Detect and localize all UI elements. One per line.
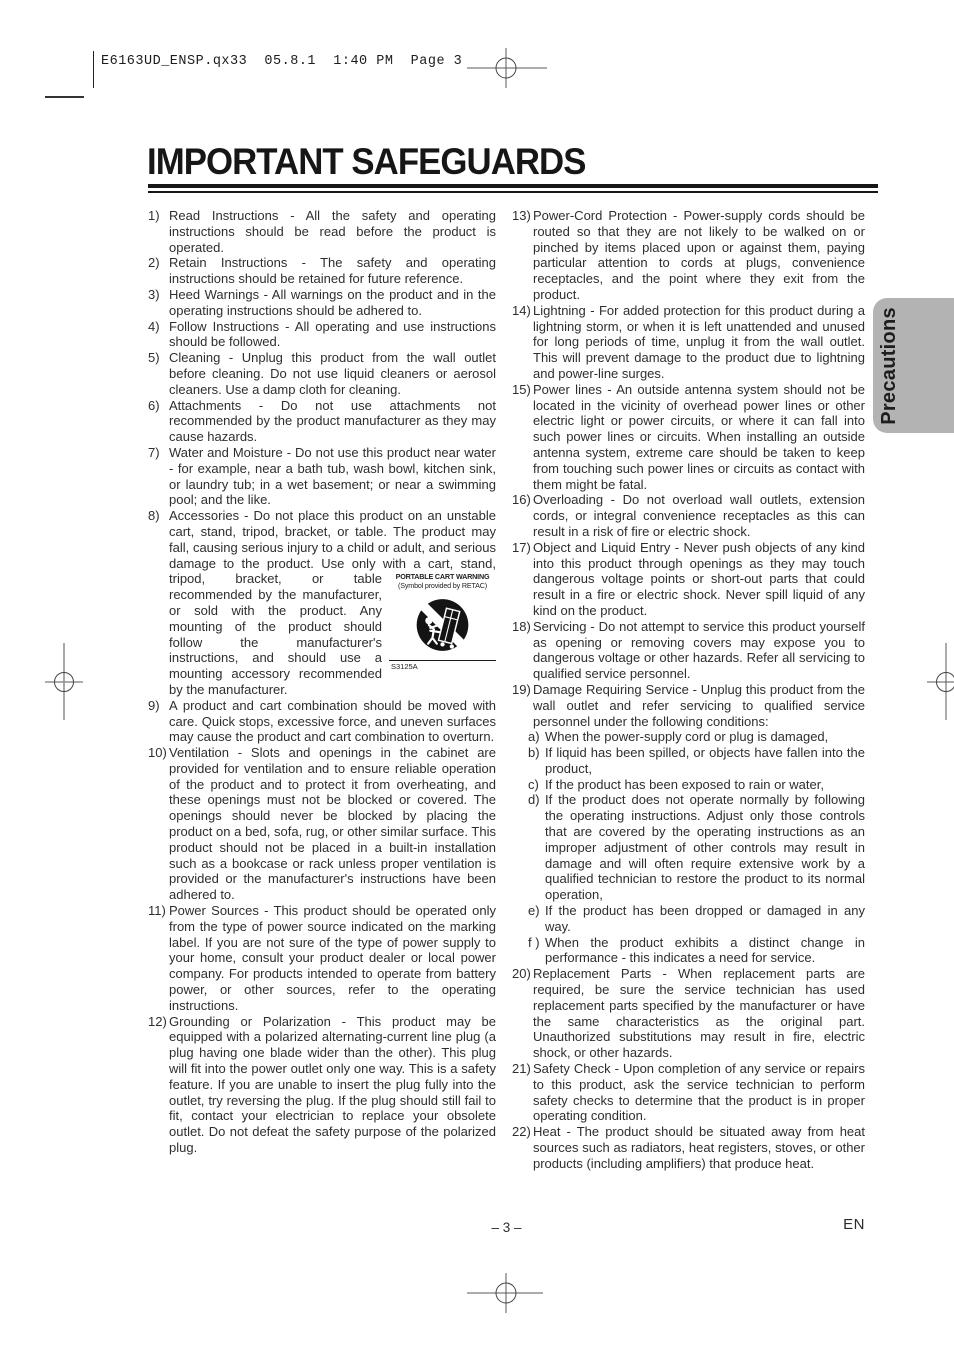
item-number: 19) <box>512 682 533 698</box>
item-text: Lightning - For added protection for thi… <box>533 303 865 382</box>
item-number: 10) <box>148 745 169 761</box>
sub-item-text: When the product exhibits a distinct cha… <box>545 935 865 966</box>
item-text: Read Instructions - All the safety and o… <box>169 208 496 255</box>
item-text-part: Overloading - Do not overload wall outle… <box>533 492 865 539</box>
item-number: 16) <box>512 492 533 508</box>
item-text-part: Accessories - Do not place this product … <box>169 508 496 570</box>
safeguard-item: 6)Attachments - Do not use attachments n… <box>148 398 496 445</box>
safeguard-item: 19)Damage Requiring Service - Unplug thi… <box>512 682 865 966</box>
item-text: Power lines - An outside antenna system … <box>533 382 865 493</box>
item-text-part: Water and Moisture - Do not use this pro… <box>169 445 496 507</box>
sub-item: d)If the product does not operate normal… <box>528 792 865 903</box>
sub-item-text: When the power-supply cord or plug is da… <box>545 729 828 744</box>
left-column: 1)Read Instructions - All the safety and… <box>148 208 496 1172</box>
item-text: Grounding or Polarization - This product… <box>169 1014 496 1156</box>
safeguard-item: 3)Heed Warnings - All warnings on the pr… <box>148 287 496 319</box>
item-text-part: Heat - The product should be situated aw… <box>533 1124 865 1171</box>
item-text: Heat - The product should be situated aw… <box>533 1124 865 1171</box>
registration-mark-right-icon <box>907 640 954 724</box>
item-text-part: Cleaning - Unplug this product from the … <box>169 350 496 397</box>
sub-item-label: a) <box>528 729 545 745</box>
item-text-part: Power lines - An outside antenna system … <box>533 382 865 492</box>
title-underline <box>148 184 878 193</box>
item-number: 12) <box>148 1014 169 1030</box>
item-number: 3) <box>148 287 169 303</box>
sub-item-label: b) <box>528 745 545 761</box>
item-number: 22) <box>512 1124 533 1140</box>
item-text: Replacement Parts - When replacement par… <box>533 966 865 1061</box>
sub-item-list: a)When the power-supply cord or plug is … <box>528 729 865 966</box>
item-number: 13) <box>512 208 533 224</box>
sub-item: a)When the power-supply cord or plug is … <box>528 729 865 745</box>
item-text-part: A product and cart combination should be… <box>169 698 496 745</box>
item-text-part: Replacement Parts - When replacement par… <box>533 966 865 1060</box>
item-text-part: Power-Cord Protection - Power-supply cor… <box>533 208 865 302</box>
right-column: 13)Power-Cord Protection - Power-supply … <box>512 208 865 1172</box>
item-text-part: Object and Liquid Entry - Never push obj… <box>533 540 865 618</box>
item-text-part: Lightning - For added protection for thi… <box>533 303 865 381</box>
language-code: EN <box>840 1216 865 1233</box>
item-text-part: Damage Requiring Service - Unplug this p… <box>533 682 865 729</box>
item-text-part: Follow Instructions - All operating and … <box>169 319 496 350</box>
sub-item-text: If the product has been exposed to rain … <box>545 777 824 792</box>
item-text-part: Safety Check - Upon completion of any se… <box>533 1061 865 1123</box>
item-text-part: Attachments - Do not use attachments not… <box>169 398 496 445</box>
item-text: Retain Instructions - The safety and ope… <box>169 255 496 287</box>
print-header-divider <box>93 51 94 88</box>
sub-item-label: f ) <box>528 935 545 951</box>
item-number: 18) <box>512 619 533 635</box>
registration-mark-top-icon <box>446 46 566 90</box>
safeguard-item: 4)Follow Instructions - All operating an… <box>148 319 496 351</box>
cart-figure-rule <box>389 660 496 661</box>
portable-cart-warning-figure: PORTABLE CART WARNING(Symbol provided by… <box>389 572 496 671</box>
item-number: 5) <box>148 350 169 366</box>
sub-item-label: d) <box>528 792 545 808</box>
item-number: 15) <box>512 382 533 398</box>
registration-mark-left-icon <box>24 640 104 724</box>
sub-item-label: e) <box>528 903 545 919</box>
no-cart-icon <box>406 592 479 658</box>
item-number: 6) <box>148 398 169 414</box>
safeguard-item: 12)Grounding or Polarization - This prod… <box>148 1014 496 1156</box>
safeguard-item: 18)Servicing - Do not attempt to service… <box>512 619 865 682</box>
safeguard-item: 21)Safety Check - Upon completion of any… <box>512 1061 865 1124</box>
print-header: E6163UD_ENSP.qx33 05.8.1 1:40 PM Page 3 <box>101 54 462 69</box>
registration-mark-bottom-icon <box>446 1271 566 1315</box>
sub-item-label: c) <box>528 777 545 793</box>
page-number: – 3 – <box>148 1220 865 1235</box>
item-text: Cleaning - Unplug this product from the … <box>169 350 496 397</box>
item-number: 1) <box>148 208 169 224</box>
item-text: Servicing - Do not attempt to service th… <box>533 619 865 682</box>
item-number: 9) <box>148 698 169 714</box>
item-text: Follow Instructions - All operating and … <box>169 319 496 351</box>
cart-warning-subtitle: (Symbol provided by RETAC) <box>391 581 494 590</box>
item-text: Ventilation - Slots and openings in the … <box>169 745 496 903</box>
item-number: 2) <box>148 255 169 271</box>
safeguard-item: 13)Power-Cord Protection - Power-supply … <box>512 208 865 303</box>
safeguard-item: 8)Accessories - Do not place this produc… <box>148 508 496 698</box>
item-text: Safety Check - Upon completion of any se… <box>533 1061 865 1124</box>
safeguard-item: 17)Object and Liquid Entry - Never push … <box>512 540 865 619</box>
sub-item: b)If liquid has been spilled, or objects… <box>528 745 865 777</box>
safeguard-item: 15)Power lines - An outside antenna syst… <box>512 382 865 493</box>
item-number: 11) <box>148 903 169 919</box>
safeguard-item: 14)Lightning - For added protection for … <box>512 303 865 382</box>
safeguard-item: 10)Ventilation - Slots and openings in t… <box>148 745 496 903</box>
precautions-tab-label: Precautions <box>878 307 901 425</box>
item-text-part: Grounding or Polarization - This product… <box>169 1014 496 1155</box>
safeguard-item: 2)Retain Instructions - The safety and o… <box>148 255 496 287</box>
safeguard-item: 11)Power Sources - This product should b… <box>148 903 496 1014</box>
sub-item-text: If the product has been dropped or damag… <box>545 903 865 934</box>
safeguard-item: 20)Replacement Parts - When replacement … <box>512 966 865 1061</box>
item-text: Attachments - Do not use attachments not… <box>169 398 496 445</box>
safeguard-item: 7)Water and Moisture - Do not use this p… <box>148 445 496 508</box>
safeguard-item: 9)A product and cart combination should … <box>148 698 496 745</box>
safeguard-item: 1)Read Instructions - All the safety and… <box>148 208 496 255</box>
item-text-part: Heed Warnings - All warnings on the prod… <box>169 287 496 318</box>
safeguard-item: 5)Cleaning - Unplug this product from th… <box>148 350 496 397</box>
safeguards-list: 1)Read Instructions - All the safety and… <box>148 208 865 1172</box>
item-number: 7) <box>148 445 169 461</box>
sub-item: e)If the product has been dropped or dam… <box>528 903 865 935</box>
item-number: 21) <box>512 1061 533 1077</box>
safeguard-item: 22)Heat - The product should be situated… <box>512 1124 865 1171</box>
cart-warning-title: PORTABLE CART WARNING <box>391 572 494 581</box>
item-text: A product and cart combination should be… <box>169 698 496 745</box>
item-text-part: Retain Instructions - The safety and ope… <box>169 255 496 286</box>
item-text: Heed Warnings - All warnings on the prod… <box>169 287 496 319</box>
item-text: Object and Liquid Entry - Never push obj… <box>533 540 865 619</box>
sub-item-text: If liquid has been spilled, or objects h… <box>545 745 865 776</box>
item-text: Overloading - Do not overload wall outle… <box>533 492 865 539</box>
item-text: Power-Cord Protection - Power-supply cor… <box>533 208 865 303</box>
manual-page: E6163UD_ENSP.qx33 05.8.1 1:40 PM Page 3 … <box>0 0 954 1351</box>
sub-item: f )When the product exhibits a distinct … <box>528 935 865 967</box>
precautions-section-tab: Precautions <box>873 298 954 433</box>
cart-warning-code: S3125A <box>389 662 496 671</box>
page-title: IMPORTANT SAFEGUARDS <box>147 141 843 183</box>
item-text: Power Sources - This product should be o… <box>169 903 496 1014</box>
item-text: Water and Moisture - Do not use this pro… <box>169 445 496 508</box>
sub-item: c)If the product has been exposed to rai… <box>528 777 865 793</box>
safeguard-item: 16)Overloading - Do not overload wall ou… <box>512 492 865 539</box>
item-text-part: Ventilation - Slots and openings in the … <box>169 745 496 902</box>
item-text-part: Read Instructions - All the safety and o… <box>169 208 496 255</box>
left-margin-mark <box>45 96 84 98</box>
item-number: 8) <box>148 508 169 524</box>
item-number: 17) <box>512 540 533 556</box>
item-text-part: Power Sources - This product should be o… <box>169 903 496 1013</box>
item-number: 14) <box>512 303 533 319</box>
item-text-part: Servicing - Do not attempt to service th… <box>533 619 865 681</box>
item-number: 20) <box>512 966 533 982</box>
sub-item-text: If the product does not operate normally… <box>545 792 865 902</box>
item-number: 4) <box>148 319 169 335</box>
cart-warning-symbol <box>389 592 496 658</box>
item-text: Damage Requiring Service - Unplug this p… <box>533 682 865 966</box>
item-text: Accessories - Do not place this product … <box>169 508 496 698</box>
